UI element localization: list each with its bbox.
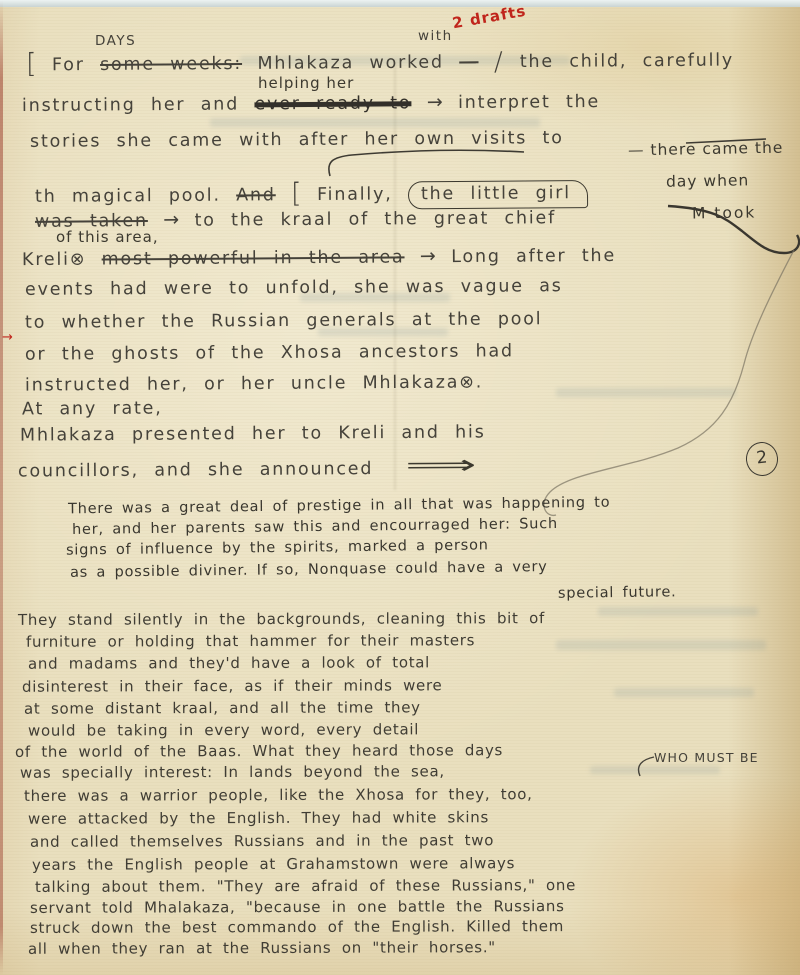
long-pencil-curve [544,250,794,515]
draft2-line-1: They stand silently in the backgrounds, … [18,609,545,629]
line-text: At any rate, [22,399,163,420]
bleed-through-smudge [210,118,540,127]
line-text: the child, carefully [520,51,734,72]
handwritten-line-12: Mhlakaza presented her to Kreli and his [20,422,486,445]
line-text: servant told Mhalakaza, "because in one … [30,897,565,917]
margin-insertion-line: M took [692,203,757,222]
strikethrough-dash: — [459,52,478,72]
line-text: events had were to unfold, she was vague… [25,276,563,300]
draft2-line-4: disinterest in their face, as if their m… [22,676,442,695]
bleed-through-smudge [556,388,736,397]
line-text: For [52,55,85,75]
line-text: and madams and they'd have a look of tot… [28,653,430,672]
draft2-line-12: years the English people at Grahamstown … [32,854,515,874]
inserted-phrase-of-this-area: of this area, [56,228,159,246]
draft2-line-13: talking about them. "They are afraid of … [35,876,576,896]
opening-bracket-mark: [ [26,48,37,79]
line-text: talking about them. "They are afraid of … [35,876,576,896]
draft2-line-6: would be taking in every word, every det… [28,720,419,739]
handwritten-line-3: stories she came with after her own visi… [30,128,564,152]
strikethrough-text: And [236,185,276,205]
caret-slash-mark: / [494,47,505,77]
line-text: as a possible diviner. If so, Nonquase c… [70,559,548,581]
line-text: her, and her parents saw this and encour… [72,516,558,538]
line-text: Finally, [317,184,393,205]
handwritten-line-8: to whether the Russian generals at the p… [25,309,543,333]
bleed-through-smudge [598,607,758,616]
line-text: and called themselves Russians and in th… [30,831,494,851]
arrow-mark: → [163,209,179,231]
line-text: to the kraal of the great chief [194,208,556,231]
line-text: were attacked by the English. They had w… [28,808,489,828]
draft2-line-9: there was a warrior people, like the Xho… [24,785,533,805]
manuscript-page: 2 drafts → DAYS with [ For some weeks: M… [0,0,800,975]
line-text: Mhlakaza worked [257,53,444,74]
draft2-line-8: was specially interest: In lands beyond … [20,762,445,781]
line-text: They stand silently in the backgrounds, … [18,609,545,629]
handwritten-line-7: events had were to unfold, she was vague… [25,276,563,300]
finally-overline-mark [329,150,524,176]
line-text: of the world of the Baas. What they hear… [15,741,503,761]
arrow-mark: → [420,245,436,267]
strikethrough-text: most powerful in the area [102,247,405,269]
line-text: years the English people at Grahamstown … [32,854,515,874]
line-text: Mhlakaza presented her to Kreli and his [20,422,486,445]
draft2-line-11: and called themselves Russians and in th… [30,831,494,851]
scribbled-out-text: ever ready to [254,93,411,114]
draft2-line-2: furniture or holding that hammer for the… [26,631,475,651]
inserted-phrase-helping-her: helping her [258,74,354,92]
line-text: or the ghosts of the Xhosa ancestors had [25,341,514,364]
red-margin-mark: → [2,330,13,345]
line-text: There was a great deal of prestige in al… [68,495,611,518]
margin-insertion-line: day when [666,171,750,190]
draft2-line-7: of the world of the Baas. What they hear… [15,741,503,761]
line-text: was specially interest: In lands beyond … [20,762,445,781]
circled-page-number: 2 [744,440,779,477]
draft2-line-10: were attacked by the English. They had w… [28,808,489,828]
insert-block-line-1: There was a great deal of prestige in al… [68,495,611,518]
strikethrough-text: some weeks: [100,54,242,75]
line-text: furniture or holding that hammer for the… [26,631,475,651]
draft2-line-14: servant told Mhalakaza, "because in one … [30,897,565,917]
line-text: instructed her, or her uncle Mhlakaza⊗. [25,372,483,395]
line-text: there was a warrior people, like the Xho… [24,785,533,805]
arrow-mark: → [427,91,443,113]
line-text: disinterest in their face, as if their m… [22,676,442,695]
margin-note-who-must-be: WHO MUST BE [654,750,759,765]
line-text: instructing her and [22,95,239,117]
handwritten-line-9: or the ghosts of the Xhosa ancestors had [25,341,514,364]
line-text: signs of influence by the spirits, marke… [66,537,489,558]
big-insertion-arrow: ⟹ [405,450,479,481]
insert-block-line-4: as a possible diviner. If so, Nonquase c… [70,559,548,581]
bleed-through-smudge [614,688,754,697]
handwritten-line-6: Kreli⊗ most powerful in the area → Long … [22,244,616,270]
bleed-through-smudge [590,766,720,774]
bleed-through-smudge [556,640,766,650]
draft2-line-15: struck down the best commando of the Eng… [30,917,564,937]
line-text: stories she came with after her own visi… [30,128,564,152]
line-text: Long after the [451,246,616,267]
line-text: Kreli⊗ [22,250,86,270]
handwritten-line-10: instructed her, or her uncle Mhlakaza⊗. [25,372,483,395]
line-text: struck down the best commando of the Eng… [30,917,564,937]
line-text: th magical pool. [35,186,221,207]
line-text: special future. [558,584,677,601]
line-text: at some distant kraal, and all the time … [24,698,421,717]
draft2-line-3: and madams and they'd have a look of tot… [28,653,430,672]
inserted-word-with: with [418,28,453,44]
line-text: to whether the Russian generals at the p… [25,309,543,333]
insert-block-line-3: signs of influence by the spirits, marke… [66,537,489,558]
handwritten-line-1: [ For some weeks: Mhlakaza worked — / th… [26,44,734,81]
draft2-line-16: all when they ran at the Russians on "th… [28,938,496,958]
scanner-edge-strip [0,0,800,7]
line-text: interpret the [458,92,600,113]
draft2-line-5: at some distant kraal, and all the time … [24,698,421,717]
opening-bracket-mark: [ [291,178,302,209]
insert-block-line-5: special future. [558,584,677,601]
circled-phrase-little-girl: the little girl [408,180,588,209]
line-text: all when they ran at the Russians on "th… [28,938,496,958]
scan-edge-left [0,0,3,975]
line-text: would be taking in every word, every det… [28,720,419,739]
handwritten-line-2: instructing her and ever ready to → inte… [22,90,600,116]
margin-insertion-line: — there came the [628,139,784,160]
handwritten-line-13: councillors, and she announced ⟹ [18,450,462,483]
inserted-word-days: DAYS [95,33,136,49]
handwritten-line-11: At any rate, [22,399,163,420]
line-text: councillors, and she announced [18,459,373,481]
insert-block-line-2: her, and her parents saw this and encour… [72,516,558,538]
